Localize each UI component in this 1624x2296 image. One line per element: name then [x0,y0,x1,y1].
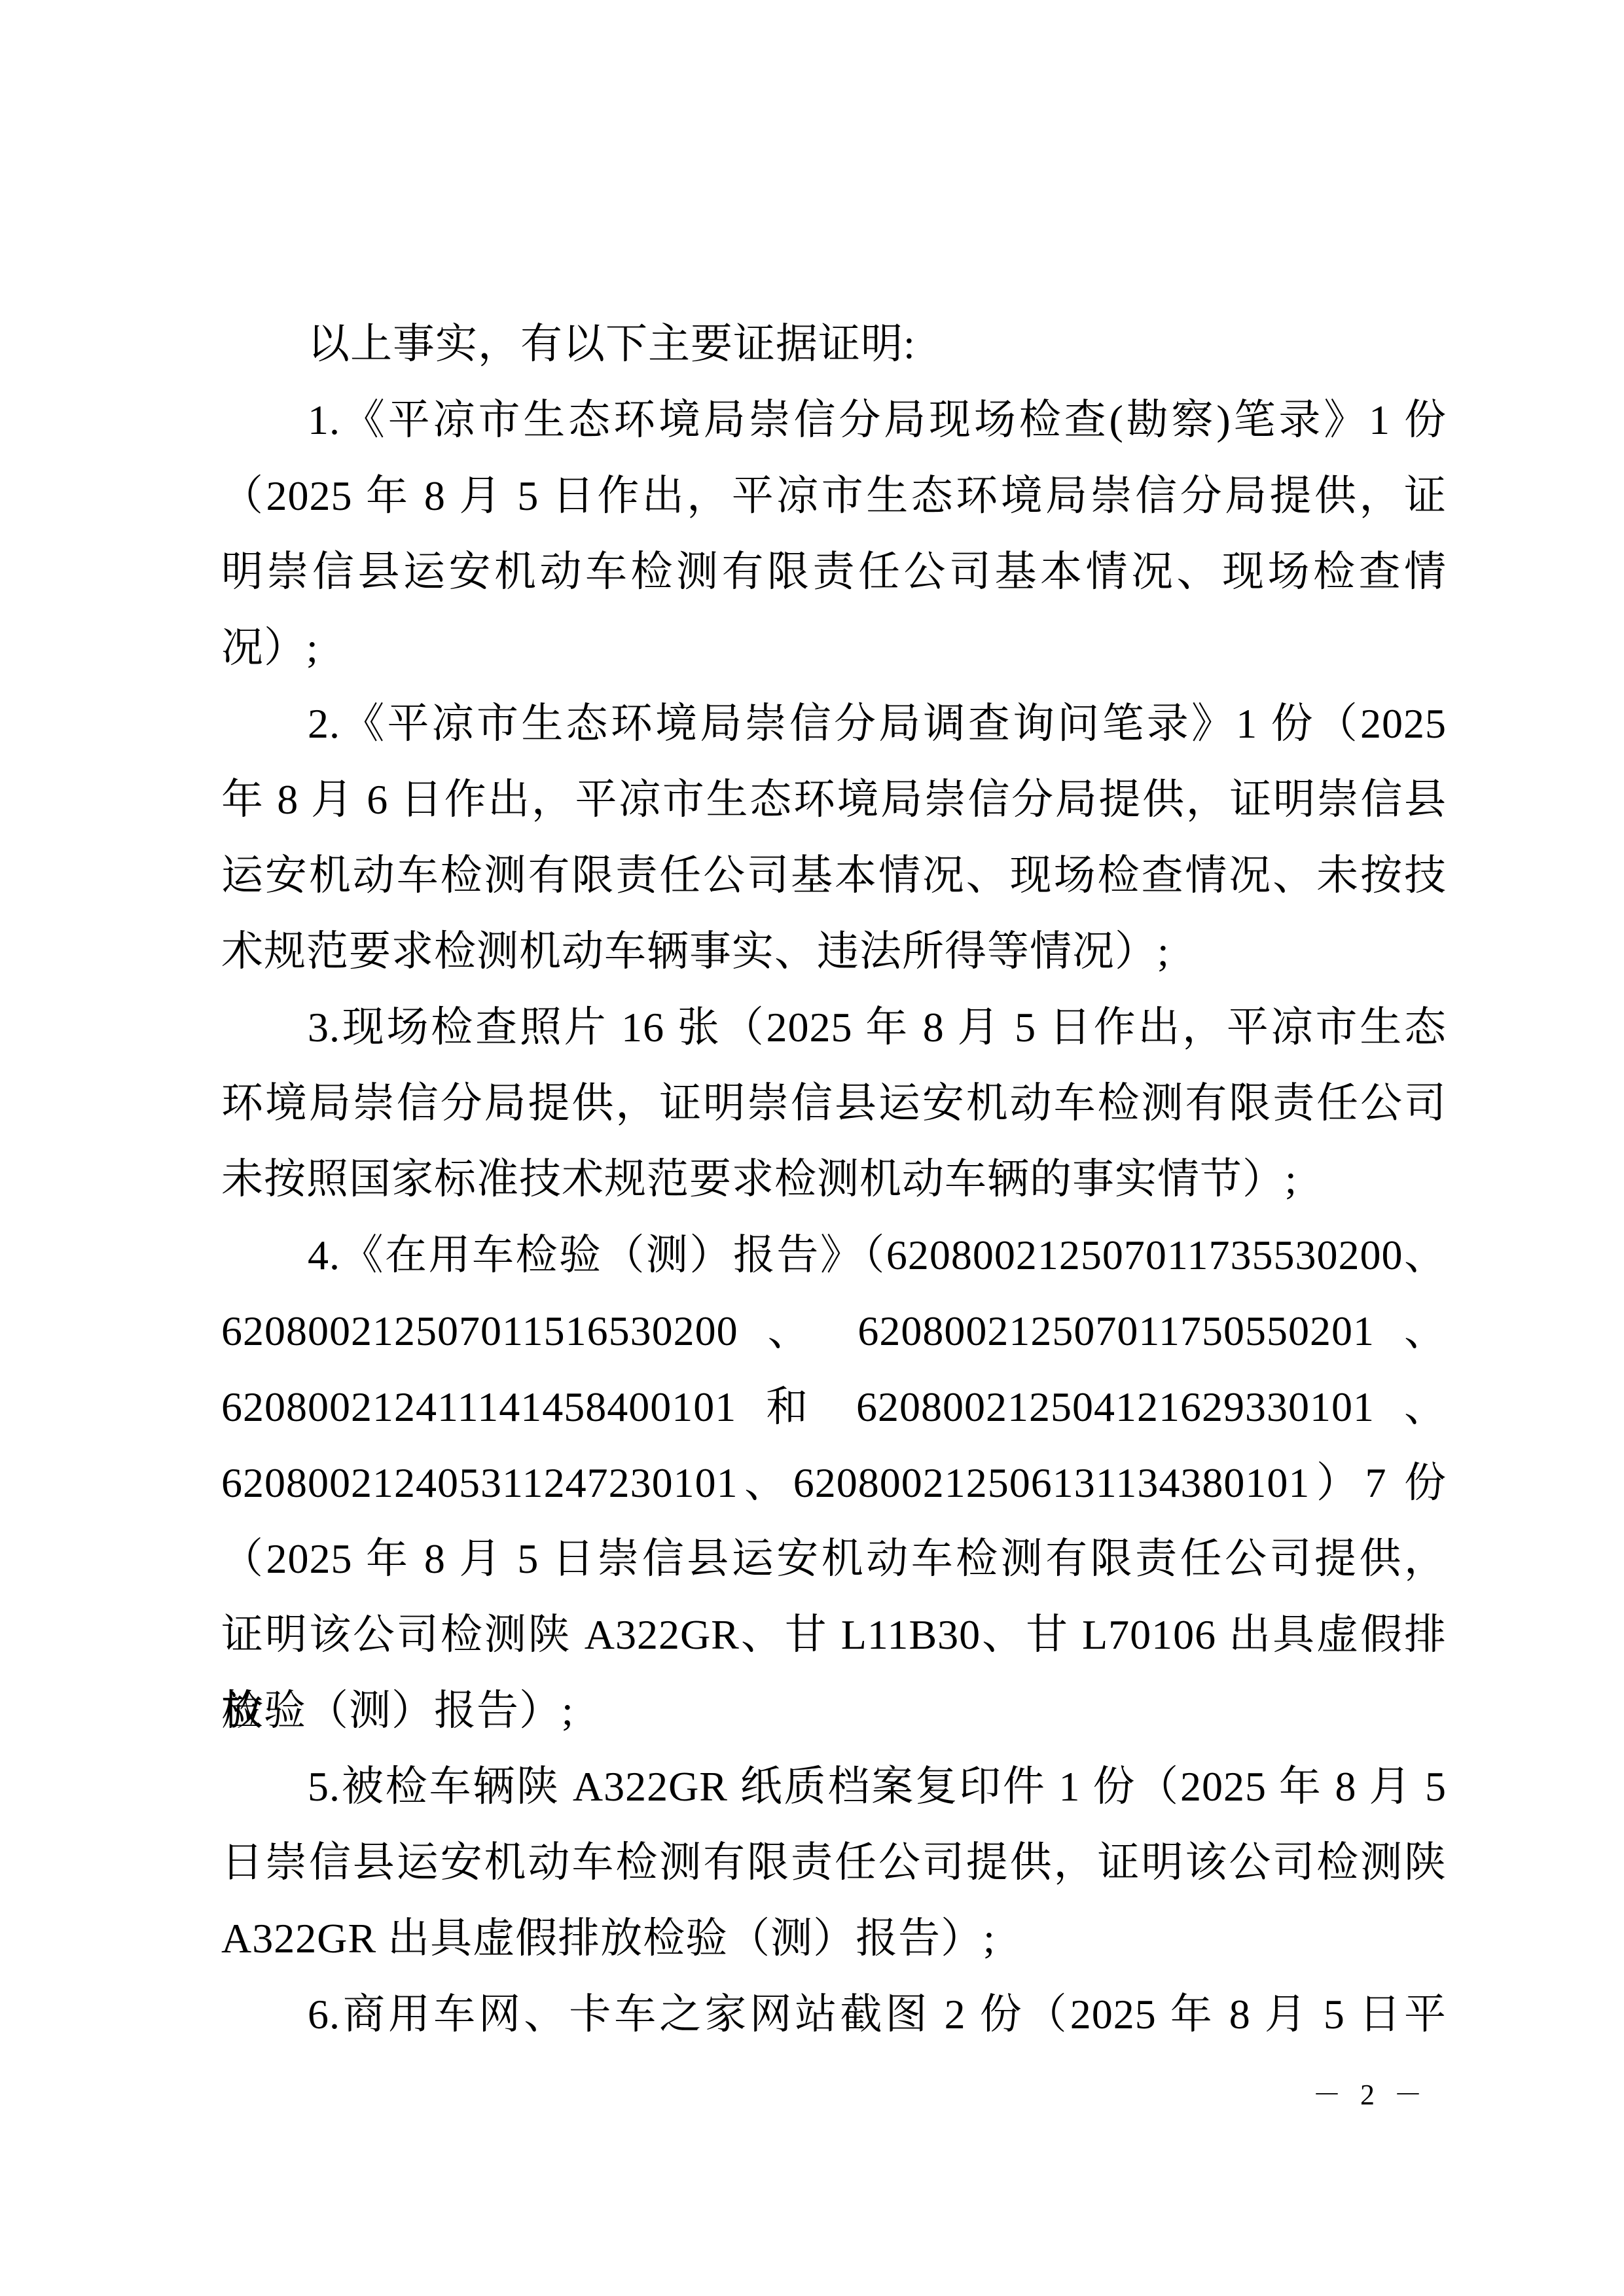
text-line: 运安机动车检测有限责任公司基本情况、现场检查情况、未按技 [221,838,1447,914]
text-line: 1.《平凉市生态环境局崇信分局现场检查(勘察)笔录》1 份 [221,382,1447,458]
text-line: A322GR 出具虚假排放检验（测）报告）; [221,1901,1447,1977]
page-number: － 2 － [1312,2076,1424,2114]
document-body: 以上事实，有以下主要证据证明: 1.《平凉市生态环境局崇信分局现场检查(勘察)笔… [221,306,1447,2053]
text-line: 证明该公司检测陕 A322GR、甘 L11B30、甘 L70106 出具虚假排放 [221,1597,1447,1673]
text-line: 2.《平凉市生态环境局崇信分局调查询问笔录》1 份（2025 [221,686,1447,762]
text-line: 况）; [221,610,1447,686]
text-line: 术规范要求检测机动车辆事实、违法所得等情况）; [221,914,1447,990]
text-line: 5.被检车辆陕 A322GR 纸质档案复印件 1 份（2025 年 8 月 5 [221,1749,1447,1825]
text-line: 3.现场检查照片 16 张（2025 年 8 月 5 日作出，平凉市生态 [221,990,1447,1066]
text-line: 年 8 月 6 日作出，平凉市生态环境局崇信分局提供，证明崇信县 [221,762,1447,838]
text-line: 620800212411141458400101 和 6208002125041… [221,1369,1447,1445]
text-line: 4.《在用车检验（测）报告》（620800212507011735530200、 [221,1217,1447,1293]
text-line: 未按照国家标准技术规范要求检测机动车辆的事实情节）; [221,1141,1447,1217]
text-line: 检验（测）报告）; [221,1673,1447,1749]
text-line: 6.商用车网、卡车之家网站截图 2 份（2025 年 8 月 5 日平 [221,1977,1447,2053]
text-line: 以上事实，有以下主要证据证明: [221,306,1447,382]
text-line: 620800212507011516530200 、 6208002125070… [221,1293,1447,1369]
text-line: 明崇信县运安机动车检测有限责任公司基本情况、现场检查情 [221,534,1447,610]
document-page: 以上事实，有以下主要证据证明: 1.《平凉市生态环境局崇信分局现场检查(勘察)笔… [0,0,1624,2296]
text-line: 日崇信县运安机动车检测有限责任公司提供，证明该公司检测陕 [221,1825,1447,1901]
text-line: 620800212405311247230101、620800212506131… [221,1445,1447,1521]
text-line: （2025 年 8 月 5 日作出，平凉市生态环境局崇信分局提供，证 [221,458,1447,534]
text-line: （2025 年 8 月 5 日崇信县运安机动车检测有限责任公司提供， [221,1521,1447,1597]
text-line: 环境局崇信分局提供，证明崇信县运安机动车检测有限责任公司 [221,1066,1447,1141]
